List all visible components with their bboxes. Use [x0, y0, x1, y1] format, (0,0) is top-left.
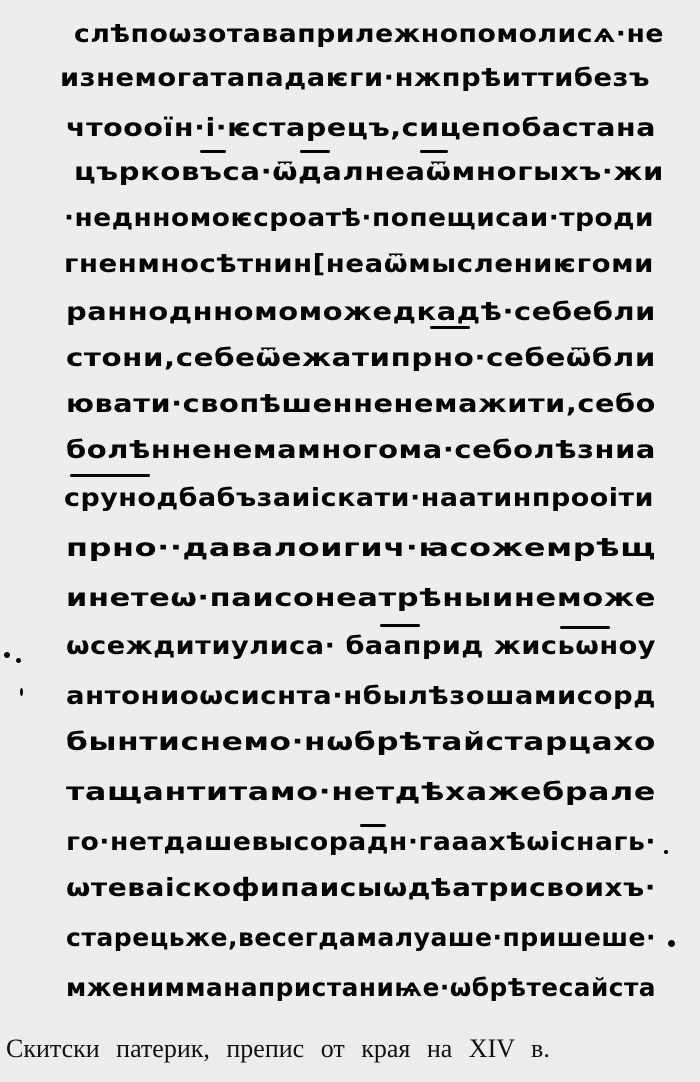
manuscript-line-9: ювати·свопѣшенненемажити,себо [66, 384, 666, 424]
ink-dot [20, 688, 23, 696]
manuscript-line-4: църковъса·ѿдалнеаѿмногыхъ·жи [74, 152, 674, 192]
titlo-mark [300, 150, 330, 153]
manuscript-line-21: мженимманапристаниѩе·ѡбрѣтесайста [66, 968, 666, 1008]
manuscript-page: слѣпоѡзотаваприлежнопомолисѧ·не изнемога… [0, 0, 700, 1020]
manuscript-line-3: чтоооїн·і·ѥстарецъ,сицепобастана [66, 108, 666, 148]
titlo-mark [380, 624, 420, 627]
manuscript-line-1: слѣпоѡзотаваприлежнопомолисѧ·не [74, 14, 674, 54]
ink-dot [668, 940, 675, 947]
titlo-mark [430, 326, 470, 329]
ink-dot [4, 652, 10, 658]
manuscript-line-15: антониоѡсиснта·нбылѣзошамисорд [66, 676, 666, 716]
manuscript-line-14: ѡсеждитиулиса· бааприд жисьѡноу [66, 626, 666, 666]
manuscript-line-12: прно··давалоигич·ꙗсожемрѣщ [66, 528, 666, 568]
manuscript-line-11: срунодбабъзаиіскати·наатинпрооіти [64, 478, 664, 518]
manuscript-line-18: го·нетдашевысорадн·гааахѣѡіснагь· [66, 822, 666, 862]
manuscript-line-17: тащантитамо·нетдѣхажебрале [66, 772, 666, 812]
manuscript-line-19: ѡтеваіскофипаисыѡдѣатрисвоихъ· [66, 868, 666, 908]
manuscript-line-2: изнемогатападаѥги·нжпрѣиттибезъ [60, 58, 660, 98]
manuscript-text-block: слѣпоѡзотаваприлежнопомолисѧ·не изнемога… [0, 0, 700, 1020]
manuscript-line-20: старецьже,весегдамалуаше·пришеше· [66, 918, 666, 958]
manuscript-line-13: инетеѡ·паисонеатрѣныинеможе [66, 578, 666, 618]
titlo-mark [560, 626, 610, 629]
manuscript-line-16: бынтиснемо·нѡбрѣтайстарцахо [66, 722, 666, 762]
manuscript-line-7: ранноднномоможедкадѣ·себебли [66, 292, 666, 332]
ink-dot [664, 850, 668, 854]
titlo-mark [200, 150, 226, 153]
titlo-mark [70, 474, 150, 477]
manuscript-line-6: гненмносѣтнин[неаѿмыслениѥгоми [64, 244, 664, 284]
titlo-mark [420, 150, 448, 153]
manuscript-line-10: болѣнненемамногома·себолѣзниа [66, 430, 666, 470]
manuscript-line-5: ·неднномоѥсроатѣ·попещисаи·троди [64, 198, 664, 238]
figure-caption: Скитски патерик, препис от края на XIV в… [6, 1034, 696, 1064]
titlo-mark [360, 824, 386, 827]
manuscript-line-8: стони,себеѿежатипрно·себеѿбли [66, 338, 666, 378]
ink-dot [16, 658, 21, 663]
